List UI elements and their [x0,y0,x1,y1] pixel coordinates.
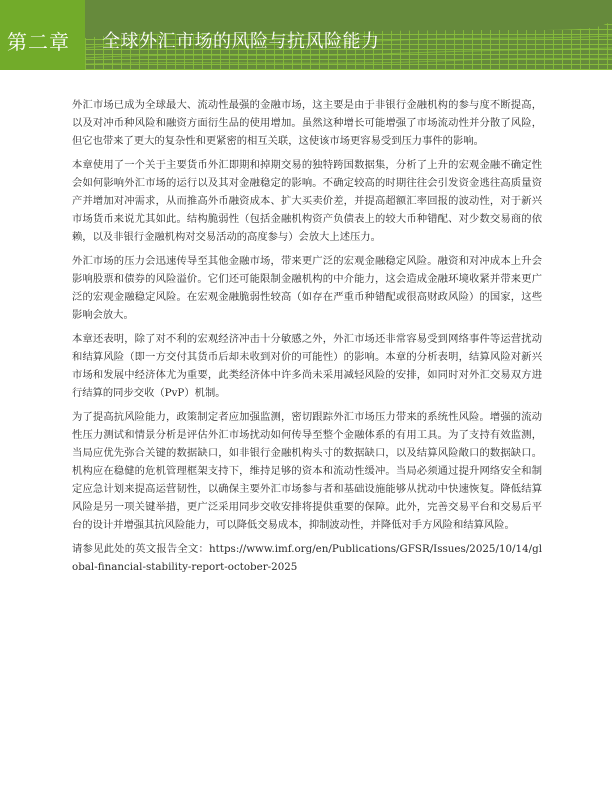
paragraph-spillovers: 外汇市场的压力会迅速传导至其他金融市场，带来更广泛的宏观金融稳定风险。融资和对冲… [72,252,542,324]
paragraph-intro: 外汇市场已成为全球最大、流动性最强的金融市场，这主要是由于非银行金融机构的参与度… [72,96,542,150]
chapter-header-banner: 第二章 全球外汇市场的风险与抗风险能力 [0,0,612,70]
chapter-number-block: 第二章 [0,0,85,70]
chapter-label: 第二章 [7,26,70,55]
chapter-title: 全球外汇市场的风险与抗风险能力 [102,27,380,53]
paragraph-reference: 请参见此处的英文报告全文：https://www.imf.org/en/Publ… [72,540,542,576]
paragraph-methodology: 本章使用了一个关于主要货币外汇即期和掉期交易的独特跨国数据集，分析了上升的宏观金… [72,156,542,246]
paragraph-policy: 为了提高抗风险能力，政策制定者应加强监测，密切跟踪外汇市场压力带来的系统性风险。… [72,408,542,534]
body-content: 外汇市场已成为全球最大、流动性最强的金融市场，这主要是由于非银行金融机构的参与度… [72,96,542,582]
paragraph-settlement-risk: 本章还表明，除了对不利的宏观经济冲击十分敏感之外，外汇市场还非常容易受到网络事件… [72,330,542,402]
reference-prefix: 请参见此处的英文报告全文： [72,543,209,555]
